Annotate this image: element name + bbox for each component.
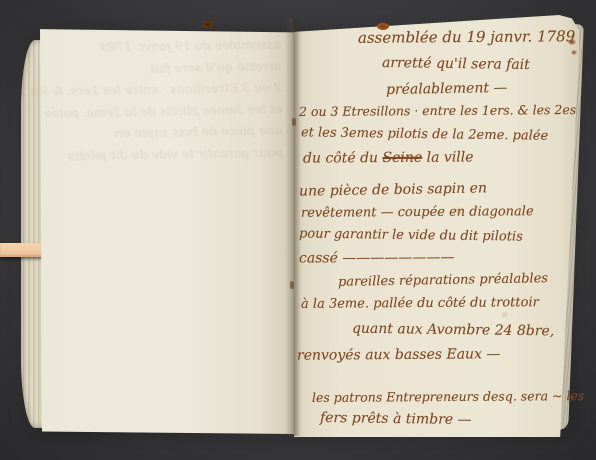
struck-word: Seine bbox=[382, 150, 422, 166]
manuscript-line: pour garantir le vide du dit pilotis bbox=[299, 227, 523, 243]
binding-stitch bbox=[292, 118, 296, 126]
manuscript-line: revêtement — coupée en diagonale bbox=[301, 205, 534, 220]
manuscript-line: quant aux Avombre 24 8bre, bbox=[352, 322, 554, 339]
ink-showthrough: assemblée du 19 janvr. 1789 arretté qu'i… bbox=[91, 38, 283, 170]
showthrough-line: arretté qu'il sera fait bbox=[91, 60, 281, 76]
manuscript-line: arretté qu'il sera fait bbox=[382, 56, 530, 72]
bookmark-tab[interactable] bbox=[0, 243, 46, 257]
manuscript-line: pareilles réparations préalables bbox=[338, 272, 548, 289]
manuscript-line: fers prêts à timbre — bbox=[320, 411, 472, 427]
showthrough-line: pour garantir le vide du dit pilotis bbox=[93, 146, 283, 162]
manuscript-line: cassé ———————— bbox=[299, 250, 454, 265]
foxing-spot bbox=[500, 311, 509, 318]
manuscript-line: à la 3eme. pallée du côté du trottoir bbox=[301, 296, 539, 311]
manuscript-line-with-strikethrough: du côté du Seine la ville bbox=[303, 150, 474, 165]
showthrough-line: assemblée du 19 janvr. 1789 bbox=[91, 38, 281, 54]
showthrough-line: et les 3emes pilotis de la 2eme. palée bbox=[92, 103, 282, 119]
binding-stitch bbox=[290, 281, 294, 289]
manuscript-line: 2 ou 3 Etresillons · entre les 1ers. & l… bbox=[299, 104, 576, 118]
line-text: du côté du bbox=[303, 150, 383, 167]
manuscript-line: et les 3emes pilotis de la 2eme. palée bbox=[301, 126, 548, 142]
manuscript-line-date-heading: assemblée du 19 janvr. 1789 bbox=[358, 29, 575, 46]
showthrough-line: une pièce de bois sapin en bbox=[92, 124, 282, 140]
foxing-spot bbox=[571, 50, 577, 55]
manuscript-line: préalablement — bbox=[386, 81, 508, 97]
ink-stain bbox=[202, 21, 213, 28]
line-text: la ville bbox=[422, 149, 473, 165]
manuscript-line: les patrons Entrepreneurs desq. sera ~ l… bbox=[312, 390, 584, 404]
manuscript-line: une pièce de bois sapin en bbox=[299, 181, 487, 198]
manuscript-line: renvoyés aux basses Eaux — bbox=[297, 347, 500, 362]
showthrough-line: 2 ou 3 Etresillons · entre les 1ers. & l… bbox=[92, 81, 282, 97]
